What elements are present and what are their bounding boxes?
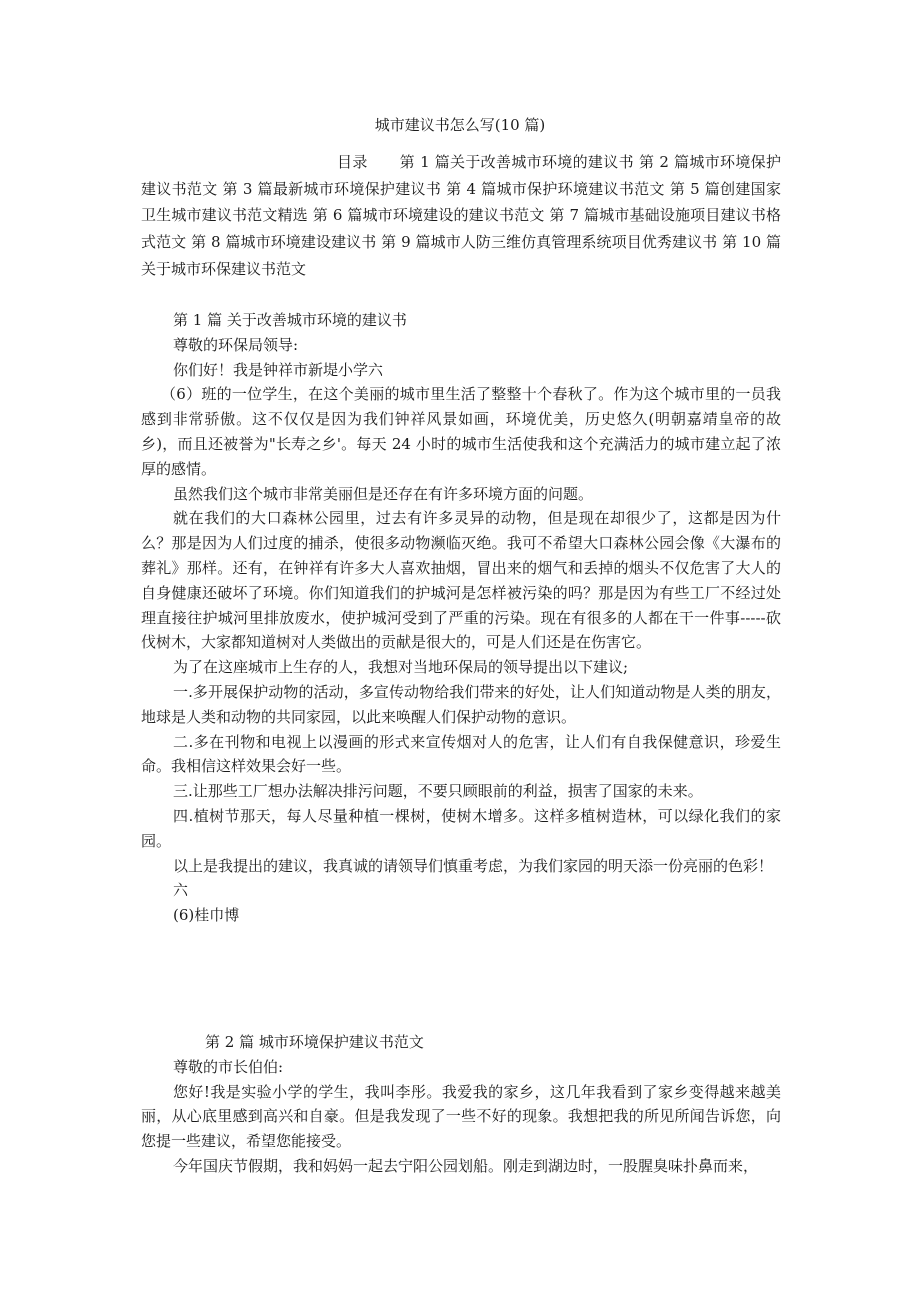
suggestion-item: 四.植树节那天，每人尽量种植一棵树，使树木增多。这样多植树造林，可以绿化我们的家… xyxy=(141,804,781,854)
paragraph: 你们好！我是钟祥市新堤小学六 xyxy=(141,358,781,383)
section-heading: 第 2 篇 城市环境保护建议书范文 xyxy=(141,1030,781,1055)
signature-name: (6)桂巾博 xyxy=(141,903,781,928)
paragraph: 您好!我是实验小学的学生，我叫李彤。我爱我的家乡，这几年我看到了家乡变得越来越美… xyxy=(141,1080,781,1154)
document-title: 城市建议书怎么写(10 篇) xyxy=(0,114,920,136)
section-heading: 第 1 篇 关于改善城市环境的建议书 xyxy=(141,308,781,333)
closing-paragraph: 以上是我提出的建议，我真诚的请领导们慎重考虑，为我们家园的明天添一份亮丽的色彩！ xyxy=(141,854,781,879)
suggestion-item: 二.多在刊物和电视上以漫画的形式来宣传烟对人的危害，让人们有自我保健意识，珍爱生… xyxy=(141,730,781,780)
paragraph: 虽然我们这个城市非常美丽但是还存在有许多环境方面的问题。 xyxy=(141,482,781,507)
toc-label: 目录 xyxy=(337,153,368,171)
toc-entries: 第 1 篇关于改善城市环境的建议书 第 2 篇城市环境保护建议书范文 第 3 篇… xyxy=(141,153,781,278)
paragraph: 为了在这座城市上生存的人，我想对当地环保局的领导提出以下建议; xyxy=(141,655,781,680)
paragraph: 今年国庆节假期，我和妈妈一起去宁阳公园划船。刚走到湖边时，一股腥臭味扑鼻而来， xyxy=(141,1154,781,1179)
document-page: 城市建议书怎么写(10 篇) 目录第 1 篇关于改善城市环境的建议书 第 2 篇… xyxy=(0,0,920,1302)
salutation: 尊敬的环保局领导: xyxy=(141,333,781,358)
paragraph: 就在我们的大口森林公园里，过去有许多灵异的动物，但是现在却很少了，这都是因为什么… xyxy=(141,506,781,655)
suggestion-item: 一.多开展保护动物的活动，多宣传动物给我们带来的好处，让人们知道动物是人类的朋友… xyxy=(141,680,781,730)
table-of-contents: 目录第 1 篇关于改善城市环境的建议书 第 2 篇城市环境保护建议书范文 第 3… xyxy=(141,149,781,283)
section-1: 第 1 篇 关于改善城市环境的建议书 尊敬的环保局领导: 你们好！我是钟祥市新堤… xyxy=(141,308,781,928)
salutation: 尊敬的市长伯伯: xyxy=(141,1055,781,1080)
signature-class: 六 xyxy=(141,878,781,903)
section-2: 第 2 篇 城市环境保护建议书范文 尊敬的市长伯伯: 您好!我是实验小学的学生，… xyxy=(141,1030,781,1179)
paragraph: （6）班的一位学生，在这个美丽的城市里生活了整整十个春秋了。作为这个城市里的一员… xyxy=(141,382,781,481)
suggestion-item: 三.让那些工厂想办法解决排污问题，不要只顾眼前的利益，损害了国家的未来。 xyxy=(141,779,781,804)
